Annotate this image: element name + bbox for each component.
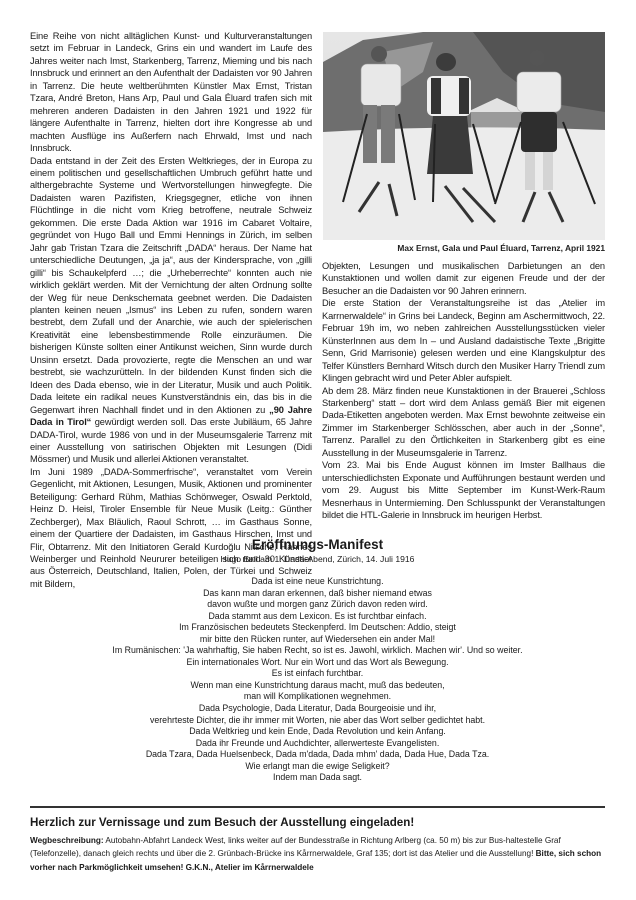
photo-caption: Max Ernst, Gala und Paul Éluard, Tarrenz… bbox=[323, 243, 605, 253]
manifest-line: Das kann man daran erkennen, daß bisher … bbox=[30, 588, 605, 600]
manifest-line: Im Französischen bedeutets Steckenpferd.… bbox=[30, 622, 605, 634]
manifest-line: Ein internationales Wort. Nur ein Wort u… bbox=[30, 657, 605, 669]
section-divider bbox=[30, 806, 605, 808]
article-paragraph: Dada entstand in der Zeit des Ersten Wel… bbox=[30, 155, 312, 466]
article-paragraph: Die erste Station der Veranstaltungsreih… bbox=[322, 297, 605, 384]
directions-label: Wegbeschreibung: bbox=[30, 836, 104, 845]
manifest-section: Eröffnungs-Manifest Hugo Ball am 1. Dada… bbox=[30, 537, 605, 784]
manifest-line: Dada Tzara, Dada Huelsenbeck, Dada m'dad… bbox=[30, 749, 605, 761]
manifest-line: Dada Psychologie, Dada Literatur, Dada B… bbox=[30, 703, 605, 715]
article-right-column: Objekten, Lesungen und musikalischen Dar… bbox=[322, 260, 605, 522]
manifest-line: man will Komplikationen wegnehmen. bbox=[30, 691, 605, 703]
manifest-line: verehrteste Dichter, die ihr immer mit W… bbox=[30, 715, 605, 727]
article-paragraph: Objekten, Lesungen und musikalischen Dar… bbox=[322, 260, 605, 297]
manifest-line: Im Rumänischen: 'Ja wahrhaftig, Sie habe… bbox=[30, 645, 605, 657]
directions-text: Wegbeschreibung: Autobahn-Abfahrt Landec… bbox=[30, 834, 605, 874]
photo-illustration bbox=[323, 32, 605, 240]
historic-ski-photo bbox=[323, 32, 605, 240]
manifest-subtitle: Hugo Ball am 1. Dada-Abend, Zürich, 14. … bbox=[30, 554, 605, 565]
manifest-poem: Dada ist eine neue Kunstrichtung. Das ka… bbox=[30, 576, 605, 784]
article-left-column: Eine Reihe von nicht alltäglichen Kunst-… bbox=[30, 30, 312, 590]
manifest-line: davon wußte und morgen ganz Zürich davon… bbox=[30, 599, 605, 611]
manifest-title: Eröffnungs-Manifest bbox=[30, 537, 605, 553]
manifest-line: Wenn man eine Kunstrichtung daraus macht… bbox=[30, 680, 605, 692]
article-paragraph: Vom 23. Mai bis Ende August können im Im… bbox=[322, 459, 605, 521]
manifest-line: Dada stammt aus dem Lexicon. Es ist furc… bbox=[30, 611, 605, 623]
article-paragraph: Eine Reihe von nicht alltäglichen Kunst-… bbox=[30, 30, 312, 155]
invitation-heading: Herzlich zur Vernissage und zum Besuch d… bbox=[30, 816, 605, 830]
manifest-line: mir bitte den Rücken runter, auf Wieders… bbox=[30, 634, 605, 646]
manifest-line: Dada ist eine neue Kunstrichtung. bbox=[30, 576, 605, 588]
manifest-line: Es ist einfach furchtbar. bbox=[30, 668, 605, 680]
directions-body: Autobahn-Abfahrt Landeck West, links wei… bbox=[30, 836, 561, 858]
manifest-line: Wie erlangt man die ewige Seligkeit? bbox=[30, 761, 605, 773]
manifest-line: Indem man Dada sagt. bbox=[30, 772, 605, 784]
manifest-line: Dada Weltkrieg und kein Ende, Dada Revol… bbox=[30, 726, 605, 738]
article-paragraph: Ab dem 28. März finden neue Kunstaktione… bbox=[322, 385, 605, 460]
manifest-line: Dada ihr Freunde und Auchdichter, allerw… bbox=[30, 738, 605, 750]
